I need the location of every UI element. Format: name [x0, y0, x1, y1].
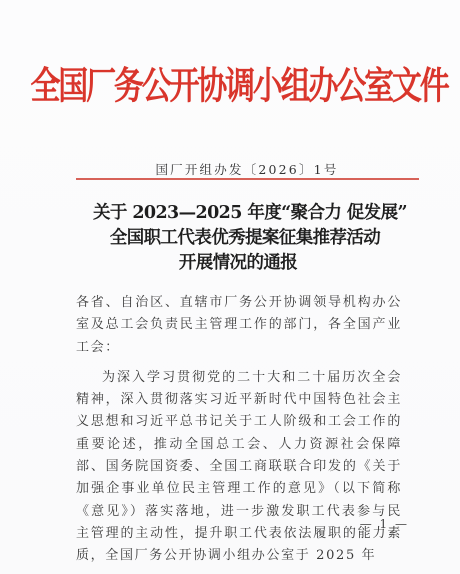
document-number: 国厂开组办发〔2026〕1号	[0, 160, 460, 178]
masthead-title: 全国厂务公开协调小组办公室文件	[0, 66, 460, 109]
page-number: — 1 —	[360, 517, 409, 531]
title-line-2: 全国职工代表优秀提案征集推荐活动	[0, 226, 460, 251]
document-page: 全国厂务公开协调小组办公室文件 国厂开组办发〔2026〕1号 关于 2023—2…	[0, 0, 460, 574]
document-title: 关于 2023—2025 年度“聚合力 促发展” 全国职工代表优秀提案征集推荐活…	[0, 201, 460, 276]
addressee-text: 各省、自治区、直辖市厂务公开协调领导机构办公室及总工会负责民主管理工作的部门，各…	[76, 292, 402, 359]
title-line-3: 开展情况的通报	[0, 251, 460, 276]
red-separator-line	[76, 178, 419, 180]
document-body: 各省、自治区、直辖市厂务公开协调领导机构办公室及总工会负责民主管理工作的部门，各…	[76, 292, 402, 568]
body-paragraph: 为深入学习贯彻党的二十大和二十届历次全会精神，深入贯彻落实习近平新时代中国特色社…	[76, 367, 402, 568]
title-line-1: 关于 2023—2025 年度“聚合力 促发展”	[0, 201, 460, 226]
